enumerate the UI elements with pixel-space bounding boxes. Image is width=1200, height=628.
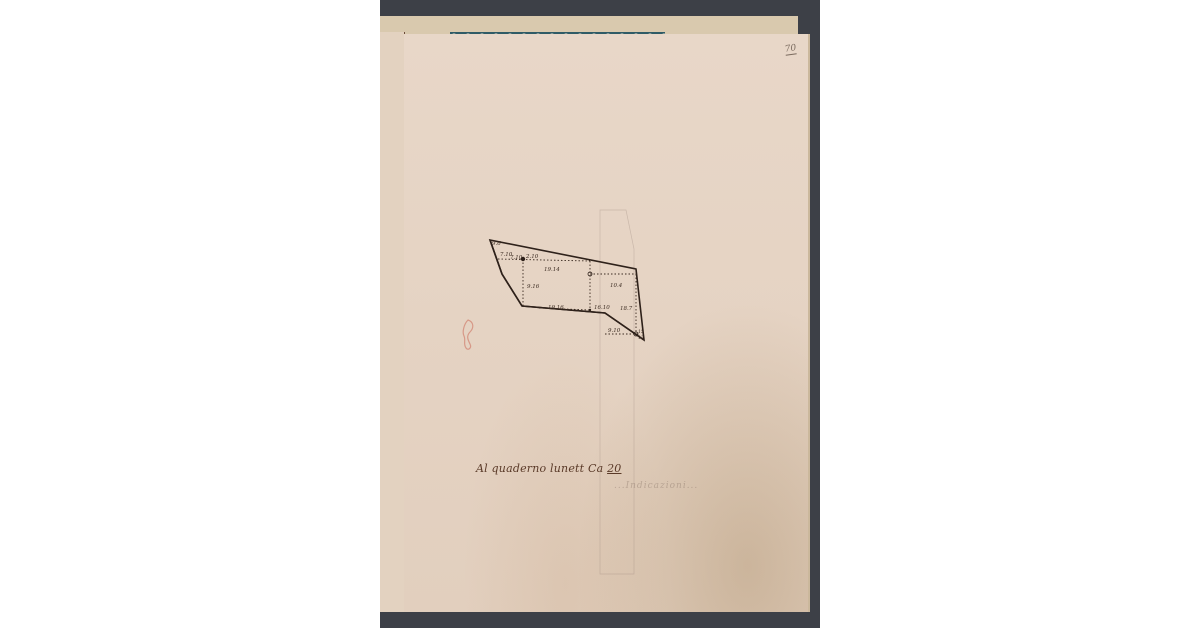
svg-text:18.7: 18.7 bbox=[620, 306, 633, 312]
svg-text:2.10: 2.10 bbox=[525, 254, 539, 260]
ink-stain bbox=[460, 318, 478, 352]
svg-text:19.14: 19.14 bbox=[544, 267, 560, 273]
caption-note: Al quaderno lunett Ca 20 bbox=[476, 462, 621, 475]
manuscript-scan: 70 bbox=[380, 0, 820, 628]
caption-text: Al quaderno lunett bbox=[476, 462, 584, 475]
svg-text:15: 15 bbox=[638, 329, 644, 335]
caption-amount: 20 bbox=[607, 462, 621, 475]
svg-text:7.10: 7.10 bbox=[510, 255, 523, 261]
manuscript-page: 70 bbox=[404, 34, 810, 612]
svg-text:19.16: 19.16 bbox=[548, 305, 564, 311]
page-gutter bbox=[380, 32, 405, 612]
svg-text:9.6: 9.6 bbox=[492, 241, 501, 247]
svg-text:12: 12 bbox=[638, 335, 644, 341]
svg-text:9.16: 9.16 bbox=[527, 284, 540, 290]
svg-text:9.10: 9.10 bbox=[608, 328, 621, 334]
caption-suffix: Ca bbox=[588, 462, 603, 475]
svg-text:10.4: 10.4 bbox=[610, 283, 623, 289]
svg-text:16.10: 16.10 bbox=[594, 305, 610, 311]
faint-offset-text: ...Indicazioni... bbox=[614, 481, 698, 491]
